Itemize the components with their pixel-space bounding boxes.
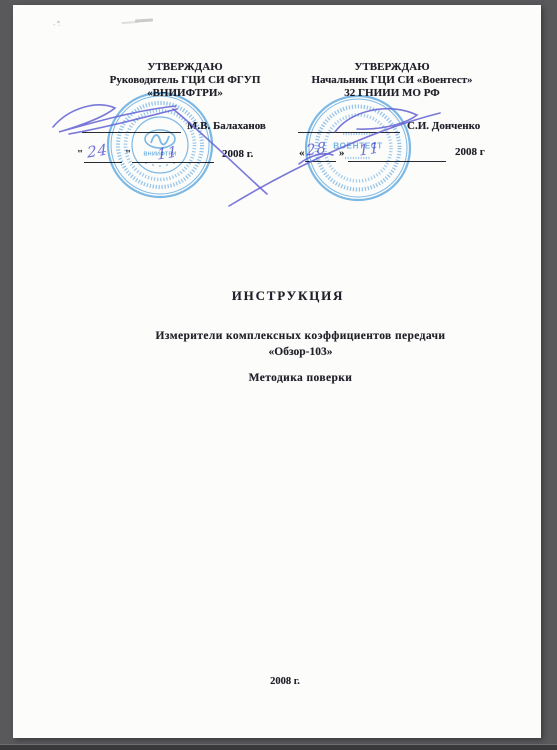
scan-artifact [135,18,153,22]
footer-year: 2008 г. [45,676,525,687]
subject-line-1: Измерители комплексных коэффициентов пер… [48,330,553,342]
voentest-round-stamp-icon: ВОЕНТЕСТ [302,92,414,204]
year-label-right: 2008 г [455,146,485,158]
scan-artifact [57,21,61,24]
org-line: Начальник ГЦИ СИ «Воентест» [277,74,507,87]
stamp-center-label: ВОЕНТЕСТ [333,142,382,151]
year-label-left: 2008 г. [222,148,253,160]
subject-line-2: «Обзор-103» [48,346,553,358]
signer-name-right: С.И. Донченко [407,120,480,132]
approve-label: УТВЕРЖДАЮ [277,61,507,74]
org-line: Руководитель ГЦИ СИ ФГУП [75,74,295,87]
viewer-bottom-edge [0,744,557,750]
subject-line-3: Методика поверки [48,372,553,384]
document-viewer: { "approvals": { "left": { "approve_labe… [0,0,557,750]
scanned-document-page: УТВЕРЖДАЮ Руководитель ГЦИ СИ ФГУП «ВНИИ… [13,5,541,738]
approve-label: УТВЕРЖДАЮ [75,61,295,74]
document-title: ИНСТРУКЦИЯ [48,288,528,304]
stamp-center-label: ВНИИФТРИ [143,152,176,158]
vniiftri-round-stamp-icon: ВНИИФТРИ [104,89,216,201]
date-quote-open-left: " [77,148,83,160]
